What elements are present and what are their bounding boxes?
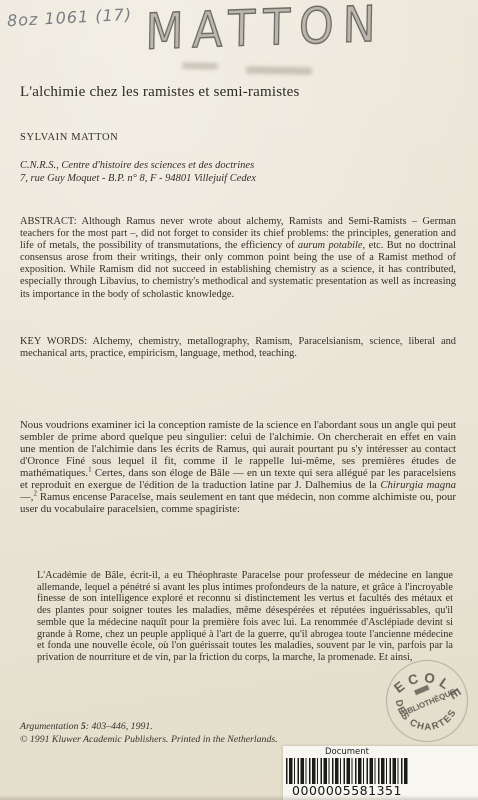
handwritten-author-name: MATTON xyxy=(145,0,386,61)
barcode-caption: Document xyxy=(286,747,408,757)
keywords-paragraph: KEY WORDS: Alchemy, chemistry, metallogr… xyxy=(20,336,456,360)
stamp-emblem xyxy=(414,685,429,695)
barcode-label: Document 0000005581351 xyxy=(283,746,478,800)
affiliation-line-2: 7, rue Guy Moquet - B.P. n° 8, F - 94801… xyxy=(20,172,450,185)
erased-pencil-smudge xyxy=(246,66,312,74)
body-book-title: Chirurgia magna xyxy=(380,479,456,491)
journal-volume: 5 xyxy=(78,721,85,732)
author-affiliation: C.N.R.S., Centre d'histoire des sciences… xyxy=(20,159,450,185)
body-paragraph: Nous voudrions examiner ici la conceptio… xyxy=(20,419,456,515)
page-edge-shadow xyxy=(0,795,478,800)
abstract-latin-term: aurum potabile xyxy=(298,240,363,251)
erased-pencil-smudge xyxy=(182,63,218,70)
article-title: L'alchimie chez les ramistes et semi-ram… xyxy=(20,84,460,101)
journal-reference: Argumentation 5: 403–446, 1991. xyxy=(20,721,340,734)
library-stamp: ECOLE DES CHARTES BIBLIOTHÈQUE xyxy=(375,649,478,753)
library-stamp-graphic: ECOLE DES CHARTES BIBLIOTHÈQUE xyxy=(375,649,478,753)
author-name: SYLVAIN MATTON xyxy=(20,132,118,143)
journal-name: Argumentation xyxy=(20,721,78,732)
abstract-paragraph: ABSTRACT: Although Ramus never wrote abo… xyxy=(20,216,456,301)
handwritten-shelfmark: 8oz 1061 (17) xyxy=(7,5,133,31)
journal-pages: : 403–446, 1991. xyxy=(86,721,153,732)
affiliation-line-1: C.N.R.S., Centre d'histoire des sciences… xyxy=(20,159,450,172)
copyright-line: © 1991 Kluwer Academic Publishers. Print… xyxy=(20,734,340,747)
body-text: Ramus encense Paracelse, mais seulement … xyxy=(20,491,456,515)
barcode-bars xyxy=(286,758,408,784)
scanned-page: 8oz 1061 (17) MATTON L'alchimie chez les… xyxy=(0,0,478,800)
body-text: —, xyxy=(20,491,34,503)
imprint-footer: Argumentation 5: 403–446, 1991. © 1991 K… xyxy=(20,721,340,746)
barcode-block: Document 0000005581351 xyxy=(286,747,408,798)
